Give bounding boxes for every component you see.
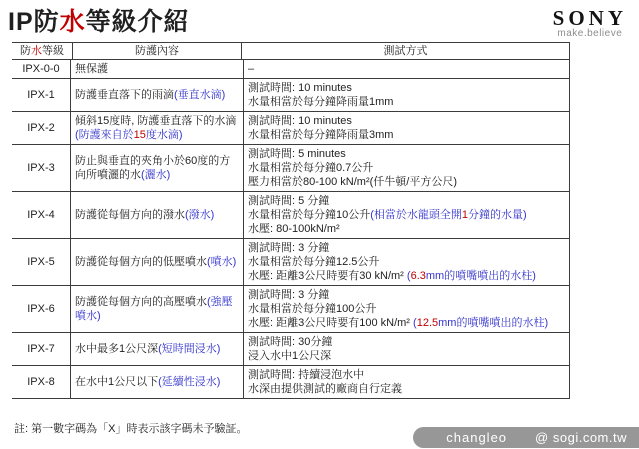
text-segment: 水量相當於每分鐘12.5公升 (248, 256, 379, 268)
text-segment: (延續性浸水) (158, 376, 220, 388)
level-cell: IPX-6 (12, 286, 71, 332)
text-segment: 防護從每個方向的低壓噴水 (75, 256, 207, 268)
footer-site: @ sogi.com.tw (535, 430, 627, 445)
table-row: IPX-7水中最多1公尺深(短時間浸水)測試時間: 30分鐘浸入水中1公尺深 (12, 333, 570, 366)
text-segment: 測試時間: 10 minutes (248, 82, 352, 94)
table-row: IPX-4防護從每個方向的潑水(潑水)測試時間: 5 分鐘水量相當於每分鐘10公… (12, 192, 570, 239)
level-cell: IPX-5 (12, 239, 71, 285)
test-line: 水壓: 80-100kN/m² (248, 222, 565, 236)
test-text: 測試時間: 5 minutes水量相當於每分鐘0.7公升壓力相當於80-100 … (248, 147, 565, 189)
test-text: 測試時間: 3 分鐘水量相當於每分鐘12.5公升水壓: 距離3公尺時要有30 k… (248, 241, 565, 283)
protection-text: 防護從每個方向的潑水(潑水) (75, 208, 239, 222)
test-text: 測試時間: 3 分鐘水量相當於每分鐘100公升水壓: 距離3公尺時要有100 k… (248, 288, 565, 330)
sony-logo: SONY make.believe (553, 7, 627, 39)
text-segment: 水壓: 距離3公尺時要有30 kN/m² (248, 270, 407, 282)
text-segment: 等級介紹 (86, 8, 190, 36)
footer-author: changleo (446, 430, 507, 445)
header-cell: 測試方式 (242, 43, 570, 59)
test-text: 測試時間: 10 minutes水量相當於每分鐘降雨量3mm (248, 114, 565, 142)
text-segment: 防 (20, 44, 31, 58)
sony-wordmark: SONY (553, 7, 627, 29)
level-cell: IPX-0-0 (12, 60, 71, 78)
text-segment: 度水滴) (146, 129, 183, 141)
protection-cell: 防護垂直落下的雨滴(垂直水滴) (71, 79, 244, 111)
text-segment: mm的噴嘴噴出的水柱) (438, 317, 548, 329)
protection-text: 水中最多1公尺深(短時間浸水) (75, 342, 239, 356)
text-segment: 分鐘的水量) (468, 209, 527, 221)
test-line: 水量相當於每分鐘12.5公升 (248, 255, 565, 269)
level-cell: IPX-8 (12, 366, 71, 398)
footnote: 註: 第一數字碼為「X」時表示該字碼未予驗証。 (14, 420, 247, 436)
text-segment: 15 (134, 129, 146, 141)
text-segment: 測試時間: 5 minutes (248, 148, 346, 160)
text-segment: 無保護 (75, 63, 108, 75)
test-line: 測試時間: 5 minutes (248, 147, 565, 161)
text-segment: 水 (31, 44, 42, 58)
protection-cell: 無保護 (71, 60, 244, 78)
test-cell: 測試時間: 10 minutes水量相當於每分鐘降雨量3mm (244, 112, 570, 144)
level-cell: IPX-4 (12, 192, 71, 238)
text-segment: 水 (60, 8, 86, 36)
protection-text: 防護從每個方向的低壓噴水(噴水) (75, 255, 239, 269)
test-line: 測試時間: 10 minutes (248, 81, 565, 95)
text-segment: (垂直水滴) (174, 89, 225, 101)
header-cell: 防水等級 (12, 43, 73, 59)
protection-cell: 防護從每個方向的潑水(潑水) (71, 192, 244, 238)
test-line: 水量相當於每分鐘降雨量3mm (248, 128, 565, 142)
table-row: IPX-6防護從每個方向的高壓噴水(強壓噴水)測試時間: 3 分鐘水量相當於每分… (12, 286, 570, 333)
text-segment: – (248, 63, 254, 75)
table-row: IPX-8在水中1公尺以下(延續性浸水)測試時間: 持續浸泡水中水深由提供測試的… (12, 366, 570, 399)
header-cell: 防護內容 (73, 43, 242, 59)
text-segment: 浸入水中1公尺深 (248, 350, 331, 362)
test-line: 水量相當於每分鐘10公升(相當於水龍頭全開1分鐘的水量) (248, 208, 565, 222)
table-row: IPX-1防護垂直落下的雨滴(垂直水滴)測試時間: 10 minutes水量相當… (12, 79, 570, 112)
text-segment: 水量相當於每分鐘降雨量1mm (248, 96, 393, 108)
text-segment: (噴水) (207, 256, 236, 268)
text-segment: 測試時間: 30分鐘 (248, 336, 332, 348)
test-cell: 測試時間: 5 分鐘水量相當於每分鐘10公升(相當於水龍頭全開1分鐘的水量)水壓… (244, 192, 570, 238)
test-line: 測試時間: 10 minutes (248, 114, 565, 128)
protection-cell: 水中最多1公尺深(短時間浸水) (71, 333, 244, 365)
test-text: – (248, 62, 565, 76)
test-line: 壓力相當於80-100 kN/m²(仟牛頓/平方公尺) (248, 175, 565, 189)
test-cell: 測試時間: 3 分鐘水量相當於每分鐘100公升水壓: 距離3公尺時要有100 k… (244, 286, 570, 332)
table-row: IPX-5防護從每個方向的低壓噴水(噴水)測試時間: 3 分鐘水量相當於每分鐘1… (12, 239, 570, 286)
text-segment: 6.3 (411, 270, 426, 282)
text-segment: 水量相當於每分鐘0.7公升 (248, 162, 373, 174)
text-segment: 12.5 (417, 317, 438, 329)
test-line: 水量相當於每分鐘100公升 (248, 302, 565, 316)
test-cell: 測試時間: 10 minutes水量相當於每分鐘降雨量1mm (244, 79, 570, 111)
footer-bar: changleo @ sogi.com.tw (413, 427, 639, 448)
sony-tagline: make.believe (553, 28, 627, 39)
text-segment: 防護從每個方向的高壓噴水 (75, 296, 207, 308)
text-segment: 測試方式 (384, 44, 428, 58)
level-cell: IPX-1 (12, 79, 71, 111)
test-line: 測試時間: 持續浸泡水中 (248, 368, 565, 382)
protection-cell: 防護從每個方向的高壓噴水(強壓噴水) (71, 286, 244, 332)
text-segment: 測試時間: 3 分鐘 (248, 242, 329, 254)
text-segment: 水量相當於每分鐘100公升 (248, 303, 376, 315)
test-text: 測試時間: 10 minutes水量相當於每分鐘降雨量1mm (248, 81, 565, 109)
test-line: 測試時間: 30分鐘 (248, 335, 565, 349)
protection-cell: 傾斜15度時, 防護垂直落下的水滴(防護來自於15度水滴) (71, 112, 244, 144)
level-cell: IPX-3 (12, 145, 71, 191)
protection-cell: 防止與垂直的夾角小於60度的方向所噴灑的水(灑水) (71, 145, 244, 191)
slide: IP防水等級介紹 SONY make.believe 防水等級防護內容測試方式I… (0, 0, 639, 449)
test-line: 水深由提供測試的廠商自行定義 (248, 382, 565, 396)
protection-text: 防止與垂直的夾角小於60度的方向所噴灑的水(灑水) (75, 154, 239, 182)
text-segment: 防護內容 (135, 44, 179, 58)
protection-cell: 防護從每個方向的低壓噴水(噴水) (71, 239, 244, 285)
text-segment: 測試時間: 5 分鐘 (248, 195, 329, 207)
text-segment: 水深由提供測試的廠商自行定義 (248, 383, 402, 395)
text-segment: 測試時間: 3 分鐘 (248, 289, 329, 301)
text-segment: (灑水) (141, 169, 170, 181)
text-segment: mm的噴嘴噴出的水柱) (426, 270, 536, 282)
text-segment: 測試時間: 10 minutes (248, 115, 352, 127)
text-segment: 水壓: 80-100kN/m² (248, 223, 340, 235)
level-cell: IPX-2 (12, 112, 71, 144)
table-row: IPX-2傾斜15度時, 防護垂直落下的水滴(防護來自於15度水滴)測試時間: … (12, 112, 570, 145)
test-line: 水壓: 距離3公尺時要有100 kN/m² (12.5mm的噴嘴噴出的水柱) (248, 316, 565, 330)
text-segment: 水壓: 距離3公尺時要有100 kN/m² (248, 317, 413, 329)
test-cell: – (244, 60, 570, 78)
protection-text: 在水中1公尺以下(延續性浸水) (75, 375, 239, 389)
test-line: 測試時間: 3 分鐘 (248, 288, 565, 302)
test-text: 測試時間: 30分鐘浸入水中1公尺深 (248, 335, 565, 363)
text-segment: (防護來自於 (75, 129, 134, 141)
text-segment: (潑水) (185, 209, 214, 221)
test-line: 浸入水中1公尺深 (248, 349, 565, 363)
text-segment: IP防 (8, 8, 60, 36)
test-line: 水壓: 距離3公尺時要有30 kN/m² (6.3mm的噴嘴噴出的水柱) (248, 269, 565, 283)
test-line: 水量相當於每分鐘0.7公升 (248, 161, 565, 175)
ip-rating-table: 防水等級防護內容測試方式IPX-0-0無保護–IPX-1防護垂直落下的雨滴(垂直… (12, 42, 570, 399)
test-cell: 測試時間: 30分鐘浸入水中1公尺深 (244, 333, 570, 365)
text-segment: 測試時間: 持續浸泡水中 (248, 369, 364, 381)
text-segment: 水中最多1公尺深 (75, 343, 158, 355)
table-row: IPX-0-0無保護– (12, 60, 570, 79)
table-header-row: 防水等級防護內容測試方式 (12, 43, 570, 60)
test-cell: 測試時間: 持續浸泡水中水深由提供測試的廠商自行定義 (244, 366, 570, 398)
text-segment: 防護從每個方向的潑水 (75, 209, 185, 221)
protection-text: 防護垂直落下的雨滴(垂直水滴) (75, 88, 239, 102)
text-segment: (短時間浸水) (158, 343, 220, 355)
protection-text: 傾斜15度時, 防護垂直落下的水滴(防護來自於15度水滴) (75, 114, 239, 142)
table-row: IPX-3防止與垂直的夾角小於60度的方向所噴灑的水(灑水)測試時間: 5 mi… (12, 145, 570, 192)
test-line: 測試時間: 5 分鐘 (248, 194, 565, 208)
test-line: 水量相當於每分鐘降雨量1mm (248, 95, 565, 109)
test-cell: 測試時間: 3 分鐘水量相當於每分鐘12.5公升水壓: 距離3公尺時要有30 k… (244, 239, 570, 285)
text-segment: 水量相當於每分鐘10公升 (248, 209, 370, 221)
page-title: IP防水等級介紹 (8, 2, 190, 38)
test-line: – (248, 62, 565, 76)
text-segment: 傾斜15度時, 防護垂直落下的水滴 (75, 115, 236, 127)
protection-text: 無保護 (75, 62, 239, 76)
protection-text: 防護從每個方向的高壓噴水(強壓噴水) (75, 295, 239, 323)
text-segment: 在水中1公尺以下 (75, 376, 158, 388)
text-segment: 水量相當於每分鐘降雨量3mm (248, 129, 393, 141)
text-segment: 壓力相當於80-100 kN/m²(仟牛頓/平方公尺) (248, 176, 457, 188)
text-segment: 防護垂直落下的雨滴 (75, 89, 174, 101)
text-segment: (相當於水龍頭全開 (370, 209, 462, 221)
test-text: 測試時間: 持續浸泡水中水深由提供測試的廠商自行定義 (248, 368, 565, 396)
text-segment: 等級 (42, 44, 64, 58)
test-cell: 測試時間: 5 minutes水量相當於每分鐘0.7公升壓力相當於80-100 … (244, 145, 570, 191)
test-line: 測試時間: 3 分鐘 (248, 241, 565, 255)
protection-cell: 在水中1公尺以下(延續性浸水) (71, 366, 244, 398)
level-cell: IPX-7 (12, 333, 71, 365)
test-text: 測試時間: 5 分鐘水量相當於每分鐘10公升(相當於水龍頭全開1分鐘的水量)水壓… (248, 194, 565, 236)
